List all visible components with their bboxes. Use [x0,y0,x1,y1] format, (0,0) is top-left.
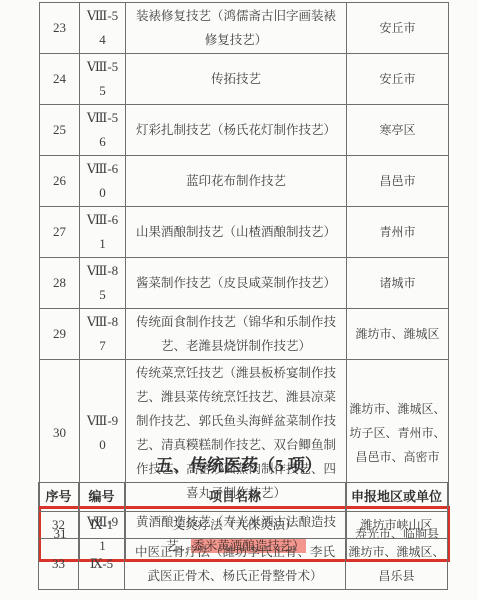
project-name: 山果酒酿制技艺（山楂酒酿制技艺） [126,207,347,258]
table-row: 23 Ⅷ-54 装裱修复技艺（鸿儒斋古旧字画装裱修复技艺） 安丘市 [40,3,449,54]
project-name: 酱菜制作技艺（皮艮咸菜制作技艺） [126,258,347,309]
row-number: 23 [40,3,80,54]
declaring-region: 青州市 [347,207,449,258]
declaring-region: 潍坊市、潍城区 [347,309,449,360]
header-name: 项目名称 [125,483,346,512]
header-no: 序号 [39,483,79,512]
item-code: Ⅸ-1 [79,512,125,539]
project-name: 中医正骨疗法（潍坊李氏正骨、李氏武医正骨术、杨氏正骨整骨术） [125,539,346,590]
item-code: Ⅷ-85 [80,258,126,309]
item-code: Ⅷ-87 [80,309,126,360]
row-number: 27 [40,207,80,258]
table-row: 25 Ⅷ-56 灯彩扎制技艺（杨氏花灯制作技艺） 寒亭区 [40,105,449,156]
row-number: 33 [39,539,79,590]
table-row: 32 Ⅸ-1 艾灸疗法（大保灸法） 潍坊市峡山区 [39,512,448,539]
row-number: 32 [39,512,79,539]
item-code: Ⅷ-56 [80,105,126,156]
table-row: 27 Ⅷ-61 山果酒酿制技艺（山楂酒酿制技艺） 青州市 [40,207,449,258]
heritage-table-medicine: 序号 编号 项目名称 申报地区或单位 32 Ⅸ-1 艾灸疗法（大保灸法） 潍坊市… [38,482,448,590]
table-row: 24 Ⅷ-55 传拓技艺 安丘市 [40,54,449,105]
declaring-region: 昌邑市 [347,156,449,207]
declaring-region: 寒亭区 [347,105,449,156]
declaring-region: 诸城市 [347,258,449,309]
declaring-region: 安丘市 [347,3,449,54]
item-code: Ⅷ-54 [80,3,126,54]
row-number: 24 [40,54,80,105]
item-code: Ⅷ-61 [80,207,126,258]
item-code: Ⅷ-55 [80,54,126,105]
declaring-region: 潍坊市峡山区 [346,512,448,539]
header-code: 编号 [79,483,125,512]
table-row: 29 Ⅷ-87 传统面食制作技艺（锦华和乐制作技艺、老潍县烧饼制作技艺） 潍坊市… [40,309,449,360]
table-row: 28 Ⅷ-85 酱菜制作技艺（皮艮咸菜制作技艺） 诸城市 [40,258,449,309]
project-name: 装裱修复技艺（鸿儒斋古旧字画装裱修复技艺） [126,3,347,54]
project-name: 传拓技艺 [126,54,347,105]
header-region: 申报地区或单位 [346,483,448,512]
row-number: 28 [40,258,80,309]
project-name: 传统面食制作技艺（锦华和乐制作技艺、老潍县烧饼制作技艺） [126,309,347,360]
row-number: 29 [40,309,80,360]
project-name: 灯彩扎制技艺（杨氏花灯制作技艺） [126,105,347,156]
item-code: Ⅷ-60 [80,156,126,207]
document-page: 23 Ⅷ-54 装裱修复技艺（鸿儒斋古旧字画装裱修复技艺） 安丘市 24 Ⅷ-5… [0,0,478,600]
project-name: 蓝印花布制作技艺 [126,156,347,207]
project-name: 艾灸疗法（大保灸法） [125,512,346,539]
declaring-region: 安丘市 [347,54,449,105]
section-title: 五、传统医药（5 项） [0,453,478,479]
table-header-row: 序号 编号 项目名称 申报地区或单位 [39,483,448,512]
item-code: Ⅸ-5 [79,539,125,590]
declaring-region: 潍坊市、潍城区、昌乐县 [346,539,448,590]
row-number: 26 [40,156,80,207]
table-row: 33 Ⅸ-5 中医正骨疗法（潍坊李氏正骨、李氏武医正骨术、杨氏正骨整骨术） 潍坊… [39,539,448,590]
row-number: 25 [40,105,80,156]
table-row: 26 Ⅷ-60 蓝印花布制作技艺 昌邑市 [40,156,449,207]
